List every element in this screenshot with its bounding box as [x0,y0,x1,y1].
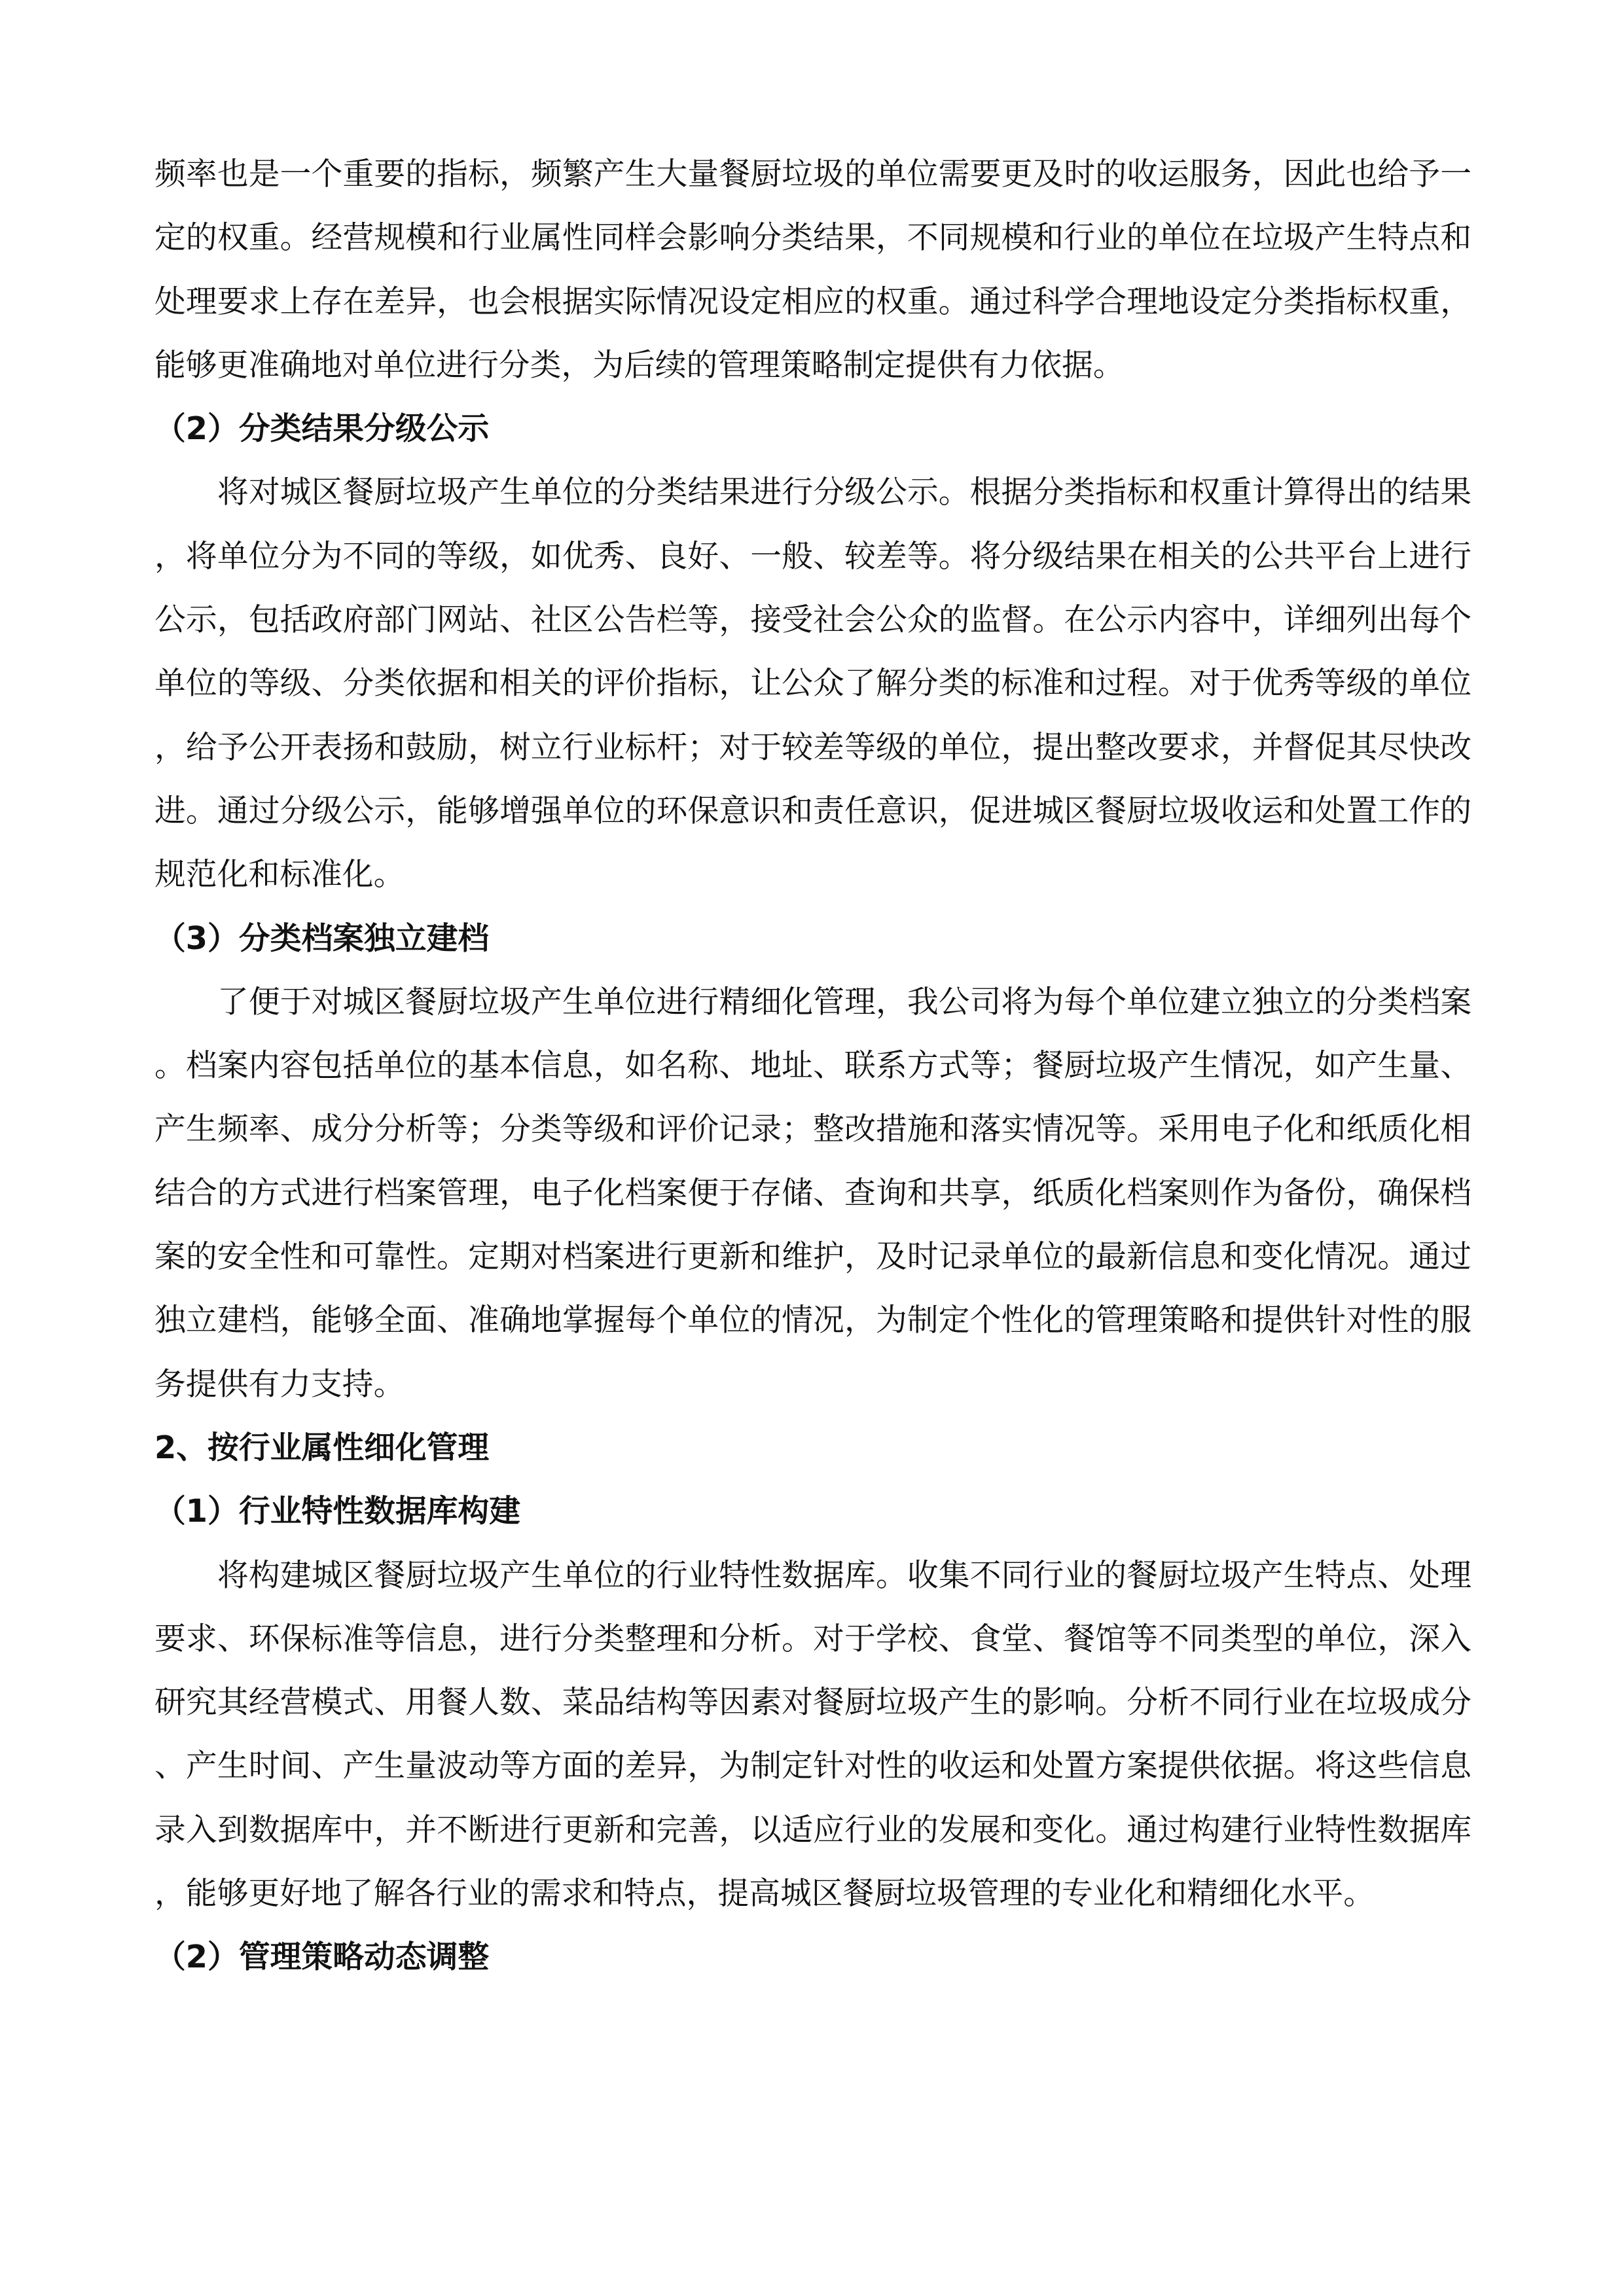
heading-dynamic-strategy: （2）管理策略动态调整 [154,1926,1471,1989]
document-page: 频率也是一个重要的指标，频繁产生大量餐厨垃圾的单位需要更及时的收运服务，因此也给… [154,143,1471,1990]
paragraph-classification-weights: 频率也是一个重要的指标，频繁产生大量餐厨垃圾的单位需要更及时的收运服务，因此也给… [154,143,1471,397]
paragraph-industry-database: 将构建城区餐厨垃圾产生单位的行业特性数据库。收集不同行业的餐厨垃圾产生特点、处理… [154,1544,1471,1926]
heading-independent-archives: （3）分类档案独立建档 [154,907,1471,971]
heading-tiered-publication: （2）分类结果分级公示 [154,397,1471,461]
paragraph-tiered-publication: 将对城区餐厨垃圾产生单位的分类结果进行分级公示。根据分类指标和权重计算得出的结果… [154,461,1471,906]
paragraph-independent-archives: 了便于对城区餐厨垃圾产生单位进行精细化管理，我公司将为每个单位建立独立的分类档案… [154,971,1471,1416]
heading-industry-management: 2、按行业属性细化管理 [154,1416,1471,1480]
heading-industry-database: （1）行业特性数据库构建 [154,1480,1471,1543]
